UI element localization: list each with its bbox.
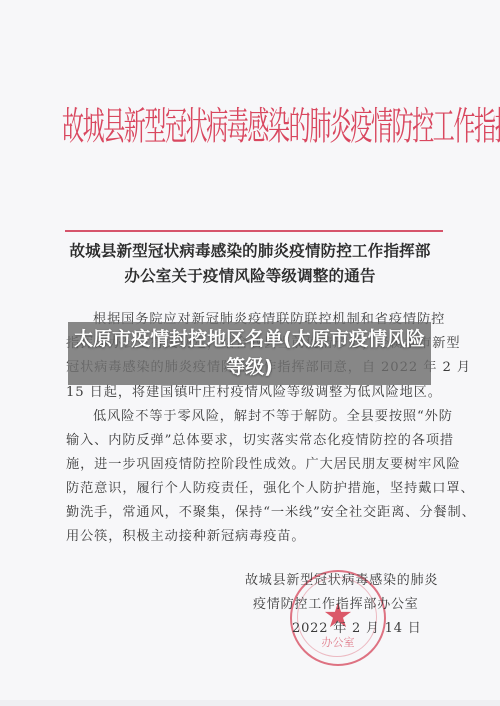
headline-overlay-banner[interactable]: 太原市疫情封控地区名单(太原市疫情风险等级) — [68, 322, 431, 385]
notice-title-line-1: 故城县新型冠状病毒感染的肺炎疫情防控工作指挥部 — [50, 239, 450, 263]
paragraph-2-line-3: 施，进一步巩固疫情防控阶段性成效。广大居民朋友要树牢风险 — [66, 453, 442, 477]
paragraph-2-line-6: 用公筷，积极主动接种新冠病毒疫苗。 — [66, 525, 442, 549]
headline-overlay-title[interactable]: 太原市疫情封控地区名单(太原市疫情风险等级) — [68, 325, 431, 381]
notice-title-line-2: 办公室关于疫情风险等级调整的通告 — [50, 264, 450, 288]
paragraph-2-line-1: 低风险不等于零风险，解封不等于解防。全县要按照“外防 — [93, 405, 442, 429]
red-divider-rule — [65, 230, 443, 232]
signature-date: 2022 年 2 月 14 日 — [292, 617, 422, 641]
red-letterhead: 故城县新型冠状病毒感染的肺炎疫情防控工作指挥部办公室 — [62, 85, 446, 173]
paragraph-2-line-5: 勤洗手，常通风，不聚集，保持“一米线”安全社交距离、分餐制、 — [66, 501, 442, 525]
paragraph-2-line-4: 防范意识，履行个人防疫责任，强化个人防护措施，坚持戴口罩、 — [66, 477, 442, 501]
page-bottom-edge — [0, 700, 500, 706]
signature-org-line-1: 故城县新型冠状病毒感染的肺炎 — [245, 569, 438, 593]
paragraph-2-line-2: 输入、内防反弹”总体要求，切实落实常态化疫情防控的各项措 — [66, 429, 442, 453]
signature-org-line-2: 疫情防控工作指挥部办公室 — [253, 593, 419, 617]
